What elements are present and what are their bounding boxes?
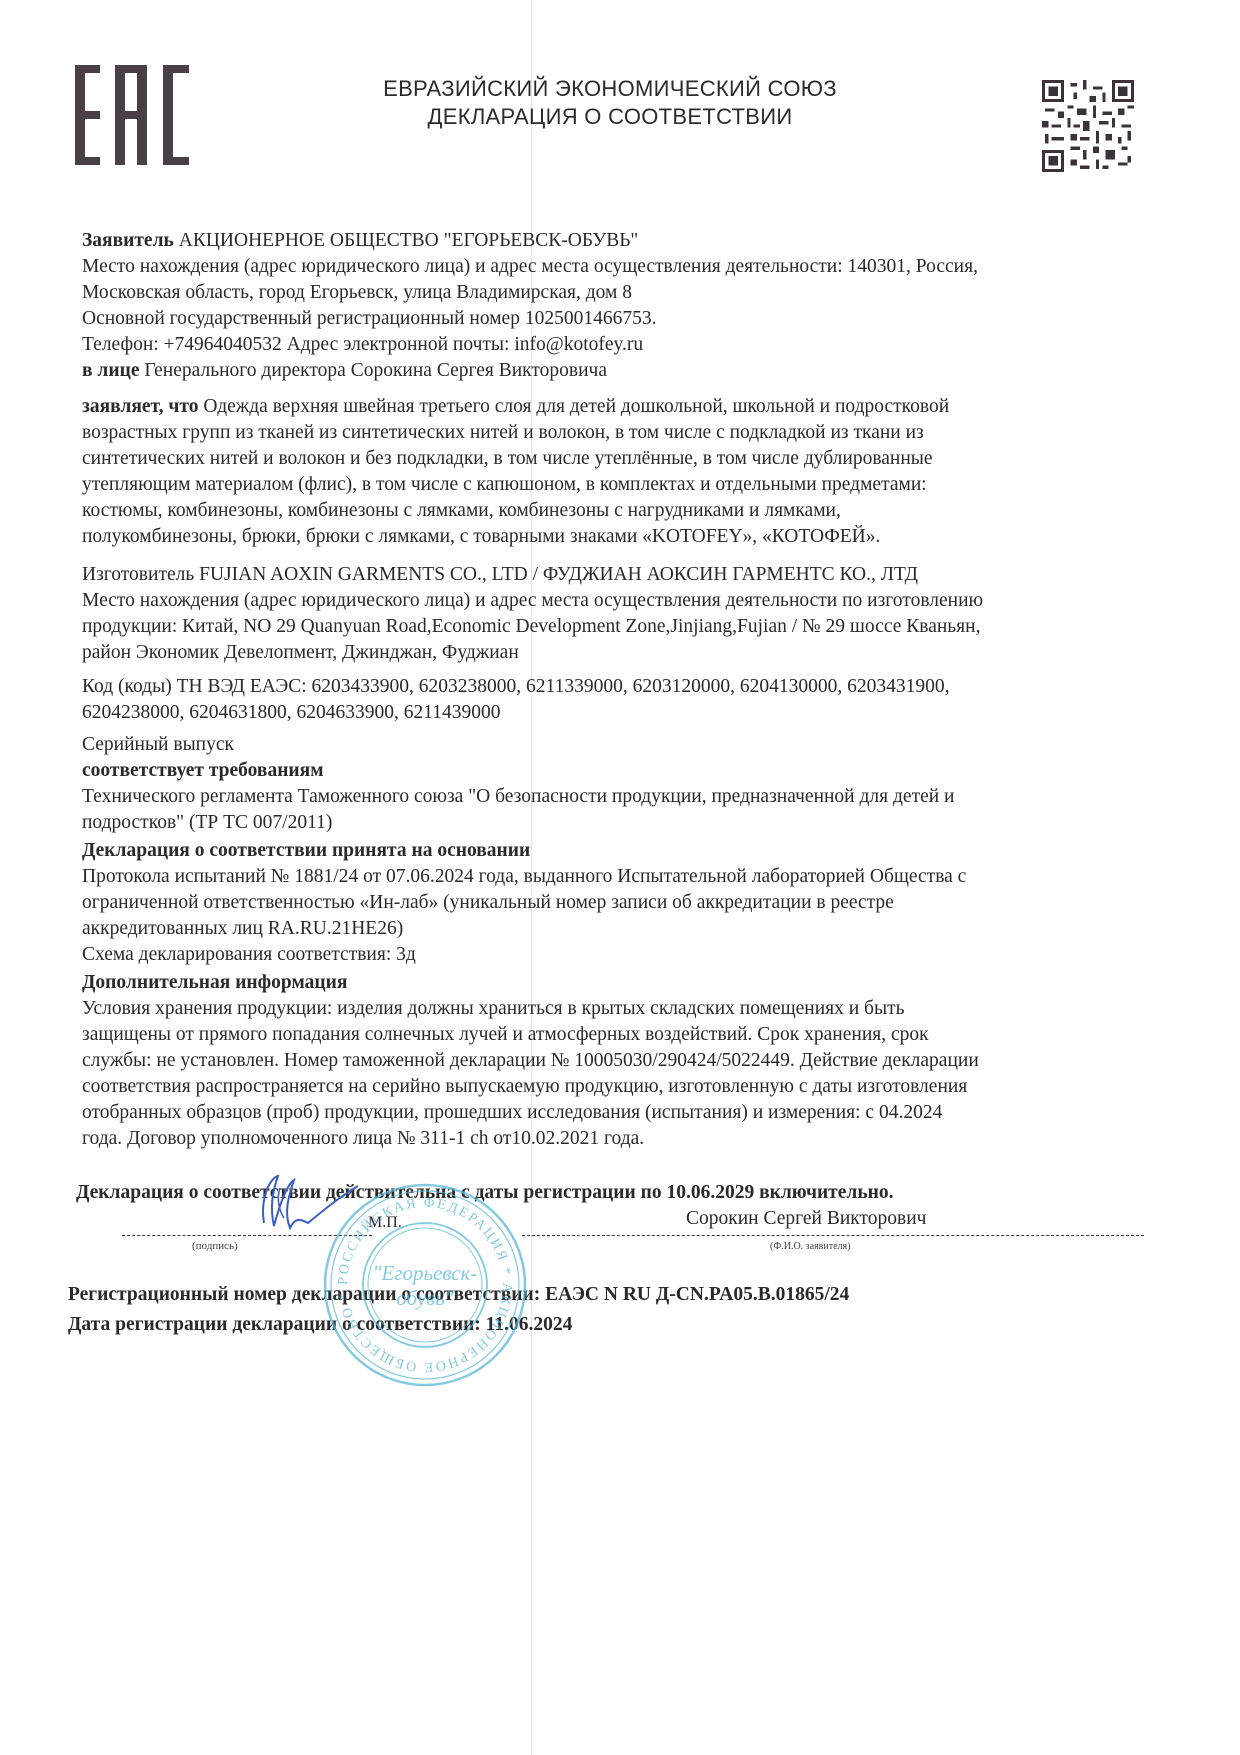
additional-line-4: соответствия распространяется на серийно… (82, 1075, 1162, 1100)
hs-codes-line-1: Код (коды) ТН ВЭД ЕАЭС: 6203433900, 6203… (82, 675, 1162, 700)
header-title-union: ЕВРАЗИЙСКИЙ ЭКОНОМИЧЕСКИЙ СОЮЗ (230, 76, 990, 102)
manufacturer-line-4: район Экономик Девелопмент, Джинджан, Фу… (82, 641, 1162, 666)
registration-number: Регистрационный номер декларации о соотв… (68, 1283, 1148, 1308)
additional-line-6: года. Договор уполномоченного лица № 311… (82, 1127, 1162, 1152)
additional-line-3: службы: не установлен. Номер таможенной … (82, 1049, 1162, 1074)
declares-line-5: костюмы, комбинезоны, комбинезоны с лямк… (82, 499, 1162, 524)
applicant-line: Заявитель АКЦИОНЕРНОЕ ОБЩЕСТВО "ЕГОРЬЕВС… (82, 229, 1162, 254)
basis-line-2: ограниченной ответственностью «Ин-лаб» (… (82, 891, 1162, 916)
additional-line-5: отобранных образцов (проб) продукции, пр… (82, 1101, 1162, 1126)
hs-codes-line-2: 6204238000, 6204631800, 6204633900, 6211… (82, 701, 1162, 726)
declares-label: заявляет, что (82, 396, 199, 417)
declares-line-4: утепляющим материалом (флис), в том числ… (82, 473, 1162, 498)
applicant-contacts: Телефон: +74964040532 Адрес электронной … (82, 333, 1162, 358)
declaration-scheme: Схема декларирования соответствия: 3д (82, 943, 1162, 968)
production-type: Серийный выпуск (82, 733, 1162, 758)
requirements-line-2: подростков" (ТР ТС 007/2011) (82, 811, 1162, 836)
applicant-name: АКЦИОНЕРНОЕ ОБЩЕСТВО "ЕГОРЬЕВСК-ОБУВЬ" (174, 230, 639, 251)
registration-date: Дата регистрации декларации о соответств… (68, 1313, 1148, 1338)
signer-caption: (Ф.И.О. заявителя) (770, 1241, 850, 1252)
declares-line-6: полукомбинезоны, брюки, брюки с лямками,… (82, 525, 1162, 550)
signer-name: Сорокин Сергей Викторович (686, 1207, 926, 1232)
manufacturer-line-1: Изготовитель FUJIAN AOXIN GARMENTS CO., … (82, 563, 1162, 588)
applicant-label: Заявитель (82, 230, 174, 251)
signature-icon (250, 1168, 360, 1238)
eac-logo-icon (75, 65, 190, 165)
represented-label: в лице (82, 360, 139, 381)
additional-line-1: Условия хранения продукции: изделия долж… (82, 997, 1162, 1022)
basis-line-1: Протокола испытаний № 1881/24 от 07.06.2… (82, 865, 1162, 890)
svg-text:обувь": обувь" (396, 1286, 454, 1310)
additional-line-2: защищены от прямого попадания солнечных … (82, 1023, 1162, 1048)
applicant-represented: в лице Генерального директора Сорокина С… (82, 359, 1162, 384)
additional-heading: Дополнительная информация (82, 971, 1162, 996)
header-title-declaration: ДЕКЛАРАЦИЯ О СООТВЕТСТВИИ (230, 104, 990, 130)
declares-line-2: возрастных групп из тканей из синтетичес… (82, 421, 1162, 446)
manufacturer-line-2: Место нахождения (адрес юридического лиц… (82, 589, 1162, 614)
signature-caption: (подпись) (192, 1240, 238, 1252)
applicant-address-1: Место нахождения (адрес юридического лиц… (82, 255, 1162, 280)
basis-heading: Декларация о соответствии принята на осн… (82, 839, 1162, 864)
represented-by: Генерального директора Сорокина Сергея В… (139, 360, 607, 381)
basis-line-3: аккредитованных лиц RA.RU.21НЕ26) (82, 917, 1162, 942)
svg-text:"Егорьевск-: "Егорьевск- (373, 1261, 478, 1285)
applicant-ogrn: Основной государственный регистрационный… (82, 307, 1162, 332)
validity-statement: Декларация о соответствии действительна … (76, 1181, 1156, 1206)
manufacturer-line-3: продукции: Китай, NO 29 Quanyuan Road,Ec… (82, 615, 1162, 640)
signer-name-line (522, 1235, 1144, 1236)
qr-code-icon (1042, 80, 1134, 172)
requirements-line-1: Технического регламента Таможенного союз… (82, 785, 1162, 810)
applicant-address-2: Московская область, город Егорьевск, ули… (82, 281, 1162, 306)
requirements-heading: соответствует требованиям (82, 759, 1162, 784)
declares-line-1: заявляет, что Одежда верхняя швейная тре… (82, 395, 1162, 420)
declares-line-3: синтетических нитей и волокон и без подк… (82, 447, 1162, 472)
